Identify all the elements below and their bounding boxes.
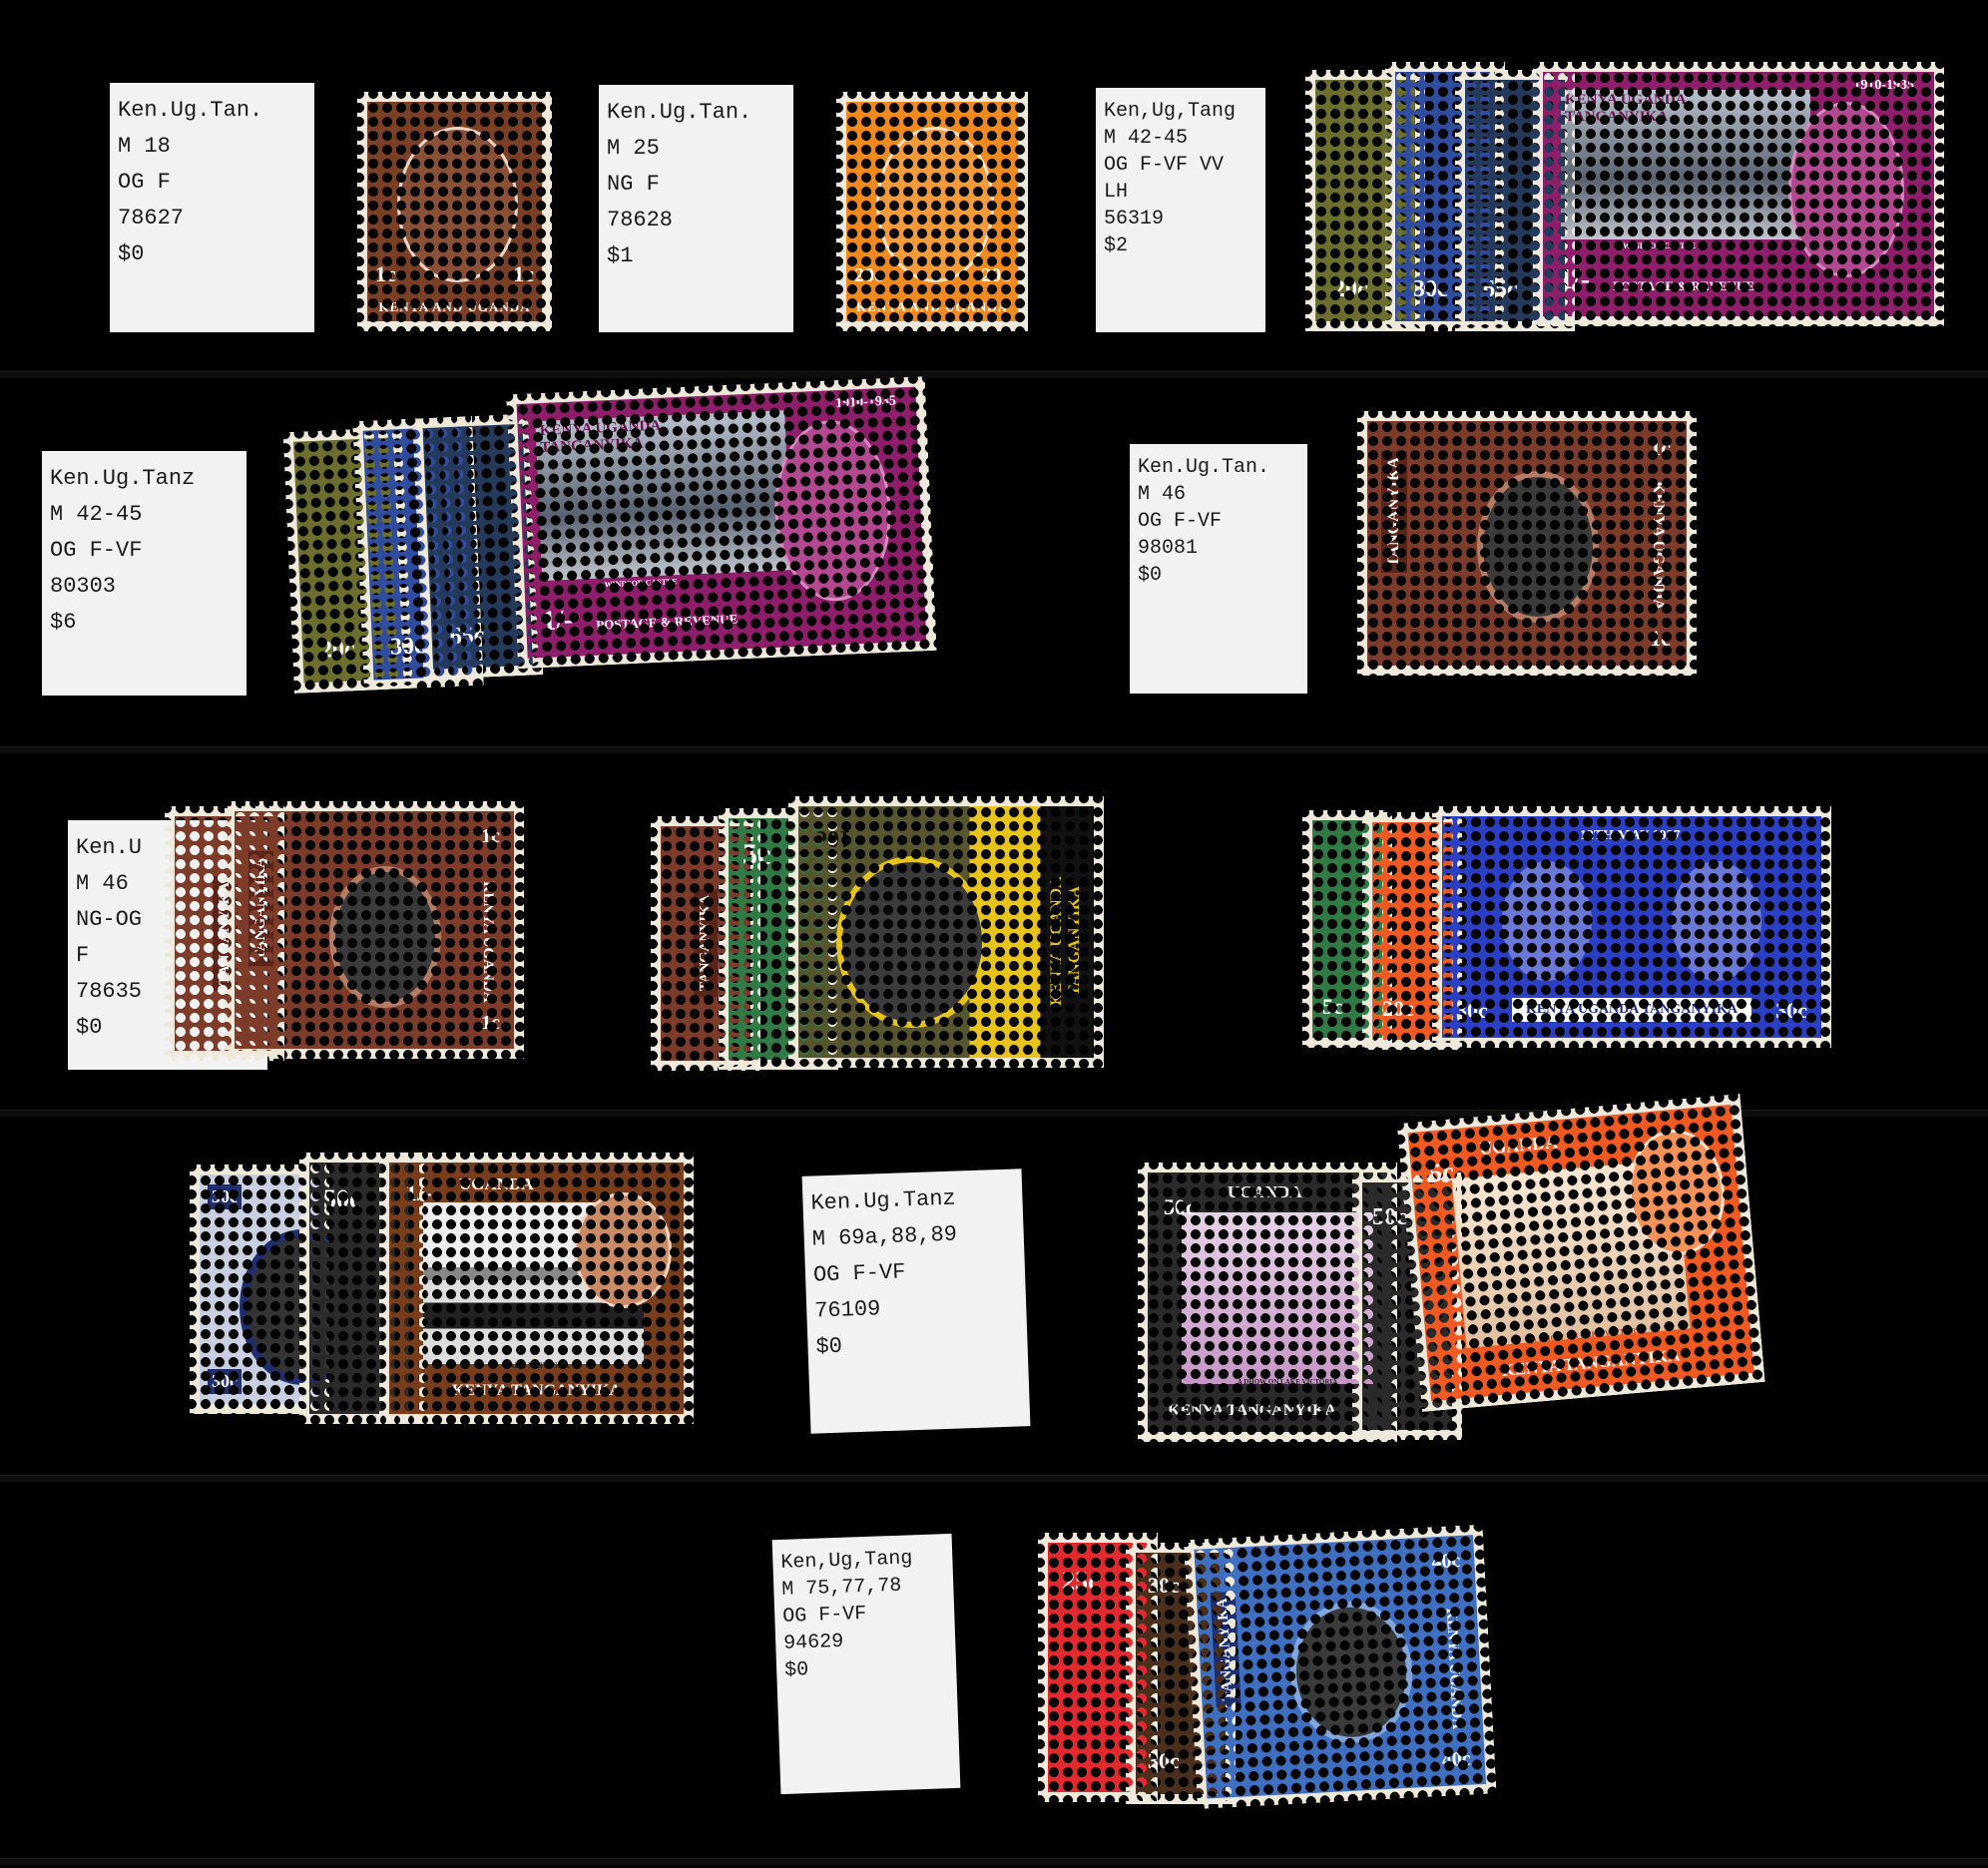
denomination: 5c <box>1322 994 1343 1020</box>
stamp-10c-yellow: 10c KENYA UGANDA TANGANYIKA <box>788 796 1104 1068</box>
label-catalog: M 46 <box>1138 481 1299 508</box>
label-country: Ken.Ug.Tanz <box>50 461 239 497</box>
denomination: 50c <box>323 1184 361 1214</box>
denomination: 50c <box>1372 1204 1407 1231</box>
label-stock-number: 56319 <box>1104 206 1257 233</box>
country-name: KENYA UGANDA TANGANYIKA <box>1048 824 1084 1058</box>
vignette-caption: WINDSOR CASTLE <box>1623 241 1696 250</box>
king-portrait <box>1477 471 1599 623</box>
country-name: KENYA UGANDA <box>1442 1608 1465 1729</box>
label-country: Ken.Ug.Tan. <box>118 93 306 129</box>
jubilee-years: 1910-1935 <box>835 393 896 412</box>
stamp-pair-crane-1c: TANGANYIKA TANGANYIKA KENYA UGANDA 1c 1c <box>165 801 524 1061</box>
denomination: 20c <box>854 264 883 287</box>
label-price: $0 <box>118 236 306 272</box>
label-catalog: M 18 <box>118 129 306 165</box>
price-label: Ken,Ug,Tang M 75,77,78 OG F-VF 94629 $0 <box>772 1534 961 1794</box>
denomination: 5c <box>1428 1157 1455 1188</box>
king-portrait <box>771 418 895 604</box>
denomination: 1c <box>1650 435 1671 461</box>
country-name: TANGANYIKA <box>1211 1592 1242 1707</box>
jubilee-years: 1910-1935 <box>1853 78 1914 94</box>
queen-portrait <box>1502 861 1592 981</box>
vignette-caption: WINDSOR CASTLE <box>604 577 677 589</box>
denomination: 5c <box>743 838 770 872</box>
country-name: KENYA AND UGANDA <box>367 299 542 321</box>
denomination: 30c <box>1775 998 1807 1024</box>
country-name: TANGANYIKA <box>248 851 273 966</box>
denomination: 1/- <box>1559 264 1590 296</box>
denomination: 10c <box>816 824 851 851</box>
country-name: KENYA UGANDA <box>1649 481 1667 611</box>
stamp-footer: POSTAGE & REVENUE <box>596 612 739 634</box>
denomination: 1c <box>481 825 500 848</box>
stockpage-strip <box>0 1858 1988 1865</box>
denomination: 40c <box>1431 1550 1461 1574</box>
stamp-5c-dhow: UGANDA 5c A DHOW ON LAKE VICTORIA KENYA … <box>1397 1094 1765 1412</box>
country-name: TANGANYIKA <box>1381 451 1407 573</box>
label-hinge: LH <box>1104 179 1257 206</box>
price-label: Ken,Ug,Tang M 42-45 OG F-VF VV LH 56319 … <box>1096 88 1265 332</box>
label-price: $6 <box>50 605 239 641</box>
denomination: 20c <box>320 636 356 664</box>
price-label: Ken.Ug.Tanz M 42-45 OG F-VF 80303 $6 <box>42 451 247 696</box>
stamp-kgv-20c: 20c 20c KENYA AND UGANDA <box>836 92 1028 331</box>
label-stock-number: 78628 <box>607 203 785 238</box>
denomination: 50c <box>1164 1194 1196 1220</box>
price-label: Ken.Ug.Tanz M 69a,88,89 OG F-VF 76109 $0 <box>802 1168 1031 1434</box>
title-band: KENYA UGANDA TANGANYIKA <box>1512 998 1751 1022</box>
stockpage-strip <box>0 371 1988 378</box>
stamp-footer: POSTAGE & REVENUE <box>1613 278 1754 294</box>
denomination: 65c <box>449 623 485 651</box>
label-price: $0 <box>784 1651 949 1684</box>
label-grade: NG F <box>607 167 785 203</box>
king-portrait <box>574 1192 672 1308</box>
denomination: 1c <box>513 261 534 287</box>
price-label: Ken.Ug.Tan. M 46 OG F-VF 98081 $0 <box>1130 444 1307 694</box>
label-price: $2 <box>1104 233 1257 259</box>
stamp-set-jubilee-a: 20c 30c 65c KENYA UGANDA TANGANYIKA 1910… <box>1305 62 1944 331</box>
stamp-jubilee-1s: KENYA UGANDA TANGANYIKA 1910-1935 WINDSO… <box>506 376 937 669</box>
denomination: 30c <box>1456 998 1488 1024</box>
price-label: Ken.Ug.Tan. M 25 NG F 78628 $1 <box>599 85 793 332</box>
denomination: 1c <box>1650 626 1671 652</box>
label-catalog: M 25 <box>607 131 785 167</box>
stamp-set-naivasha: 30c30c 50c UGANDA 1/- LAKE NAIVASHA KENY… <box>190 1153 694 1427</box>
stamp-set-dhow: UGANDA 50c A DHOW ON LAKE VICTORIA KENYA… <box>1138 1103 1786 1442</box>
king-portrait <box>1788 102 1904 277</box>
stamp-jubilee-1s: KENYA UGANDA TANGANYIKA 1910-1935 WINDSO… <box>1533 62 1944 326</box>
label-grade: OG F-VF <box>50 533 239 569</box>
label-country: Ken.Ug.Tan. <box>1138 454 1299 481</box>
stamp-1s-lake-naivasha: UGANDA 1/- LAKE NAIVASHA KENYA TANGANYIK… <box>379 1153 694 1424</box>
country-name: KENYA AND UGANDA <box>846 299 1018 321</box>
coronation-date: 12TH MAY 1937. <box>1442 828 1821 844</box>
country-name: UGANDA <box>1478 1132 1559 1160</box>
stockpage-strip <box>0 746 1988 753</box>
denomination: 1/- <box>405 1180 432 1207</box>
denomination: 1c <box>481 1012 500 1035</box>
stamp-set-coronation: 5c 20c 12TH MAY 1937. KENYA UGANDA TANGA… <box>1302 806 1831 1051</box>
stockpage-strip <box>0 1475 1988 1482</box>
label-grade: OG F-VF VV <box>1104 152 1257 179</box>
denomination: 65c <box>1483 276 1518 303</box>
label-catalog: M 42-45 <box>1104 125 1257 152</box>
stamp-crane-1c: TANGANYIKA KENYA UGANDA 1c 1c <box>1357 411 1697 676</box>
denomination: 25c <box>1062 1567 1100 1597</box>
denomination: 30c <box>1413 276 1448 303</box>
stamp-title: KENYA UGANDA TANGANYIKA <box>1565 92 1705 126</box>
stamp-40c-blue: TANGANYIKA KENYA UGANDA 40c 40c <box>1184 1525 1497 1809</box>
stamp-set-kgvi: 25c 30c30c TANGANYIKA KENYA UGANDA 40c 4… <box>1038 1505 1497 1809</box>
stamp-set-jubilee-b: 20c 30c 65c KENYA UGANDA TANGANYIKA 1910… <box>280 356 952 694</box>
label-grade: OG F <box>118 165 306 201</box>
denomination: 30c <box>1148 1748 1180 1774</box>
label-stock-number: 80303 <box>50 569 239 605</box>
king-portrait <box>329 866 441 1008</box>
country-name: KENYA TANGANYIKA <box>389 1382 684 1400</box>
label-price: $0 <box>815 1322 1020 1365</box>
country-name: KENYA TANGANYIKA <box>1168 1402 1336 1420</box>
country-name: UGANDA <box>1228 1182 1302 1202</box>
label-grade: OG F-VF <box>1138 508 1299 535</box>
denomination: 30c <box>1148 1573 1180 1599</box>
label-stock-number: 78627 <box>118 201 306 236</box>
price-label: Ken.Ug.Tan. M 18 OG F 78627 $0 <box>110 83 314 332</box>
country-name: KENYA UGANDA <box>479 881 496 1003</box>
denomination: 20c <box>981 264 1010 287</box>
label-catalog: M 42-45 <box>50 497 239 533</box>
label-country: Ken,Ug,Tang <box>1104 98 1257 125</box>
king-portrait <box>1672 861 1761 981</box>
denomination: 1/- <box>541 605 573 638</box>
vignette-caption: LAKE NAIVASHA <box>389 1361 684 1370</box>
king-portrait <box>836 856 988 1028</box>
stamp-kgv-1c: 1c 1c KENYA AND UGANDA <box>357 92 552 331</box>
label-price: $0 <box>1138 562 1299 589</box>
denomination: 1c <box>375 261 396 287</box>
denomination: 20c <box>1333 276 1368 303</box>
king-portrait <box>1286 1599 1415 1746</box>
label-price: $1 <box>607 238 785 274</box>
denomination: 40c <box>1441 1748 1471 1772</box>
country-name: TANGANYIKA <box>694 889 718 997</box>
dhow-vignette <box>1182 1212 1377 1384</box>
denomination: 30c <box>208 1369 242 1394</box>
stamp-set-kgv-pictorial: TANGANYIKA 5c 10c KENYA UGANDA TANGANYIK… <box>651 788 1108 1073</box>
country-name: UGANDA <box>459 1174 534 1194</box>
stamp-title: KENYA UGANDA TANGANYIKA <box>539 417 680 457</box>
stamp-coronation-30c: 12TH MAY 1937. KENYA UGANDA TANGANYIKA 3… <box>1432 806 1831 1048</box>
denomination: 30c <box>390 633 426 661</box>
stamp-crane-1c-right: TANGANYIKA KENYA UGANDA 1c 1c <box>225 801 524 1059</box>
denomination: 20c <box>1382 996 1414 1022</box>
denomination: 30c <box>208 1184 242 1209</box>
label-stock-number: 98081 <box>1138 535 1299 562</box>
label-country: Ken.Ug.Tan. <box>607 95 785 131</box>
